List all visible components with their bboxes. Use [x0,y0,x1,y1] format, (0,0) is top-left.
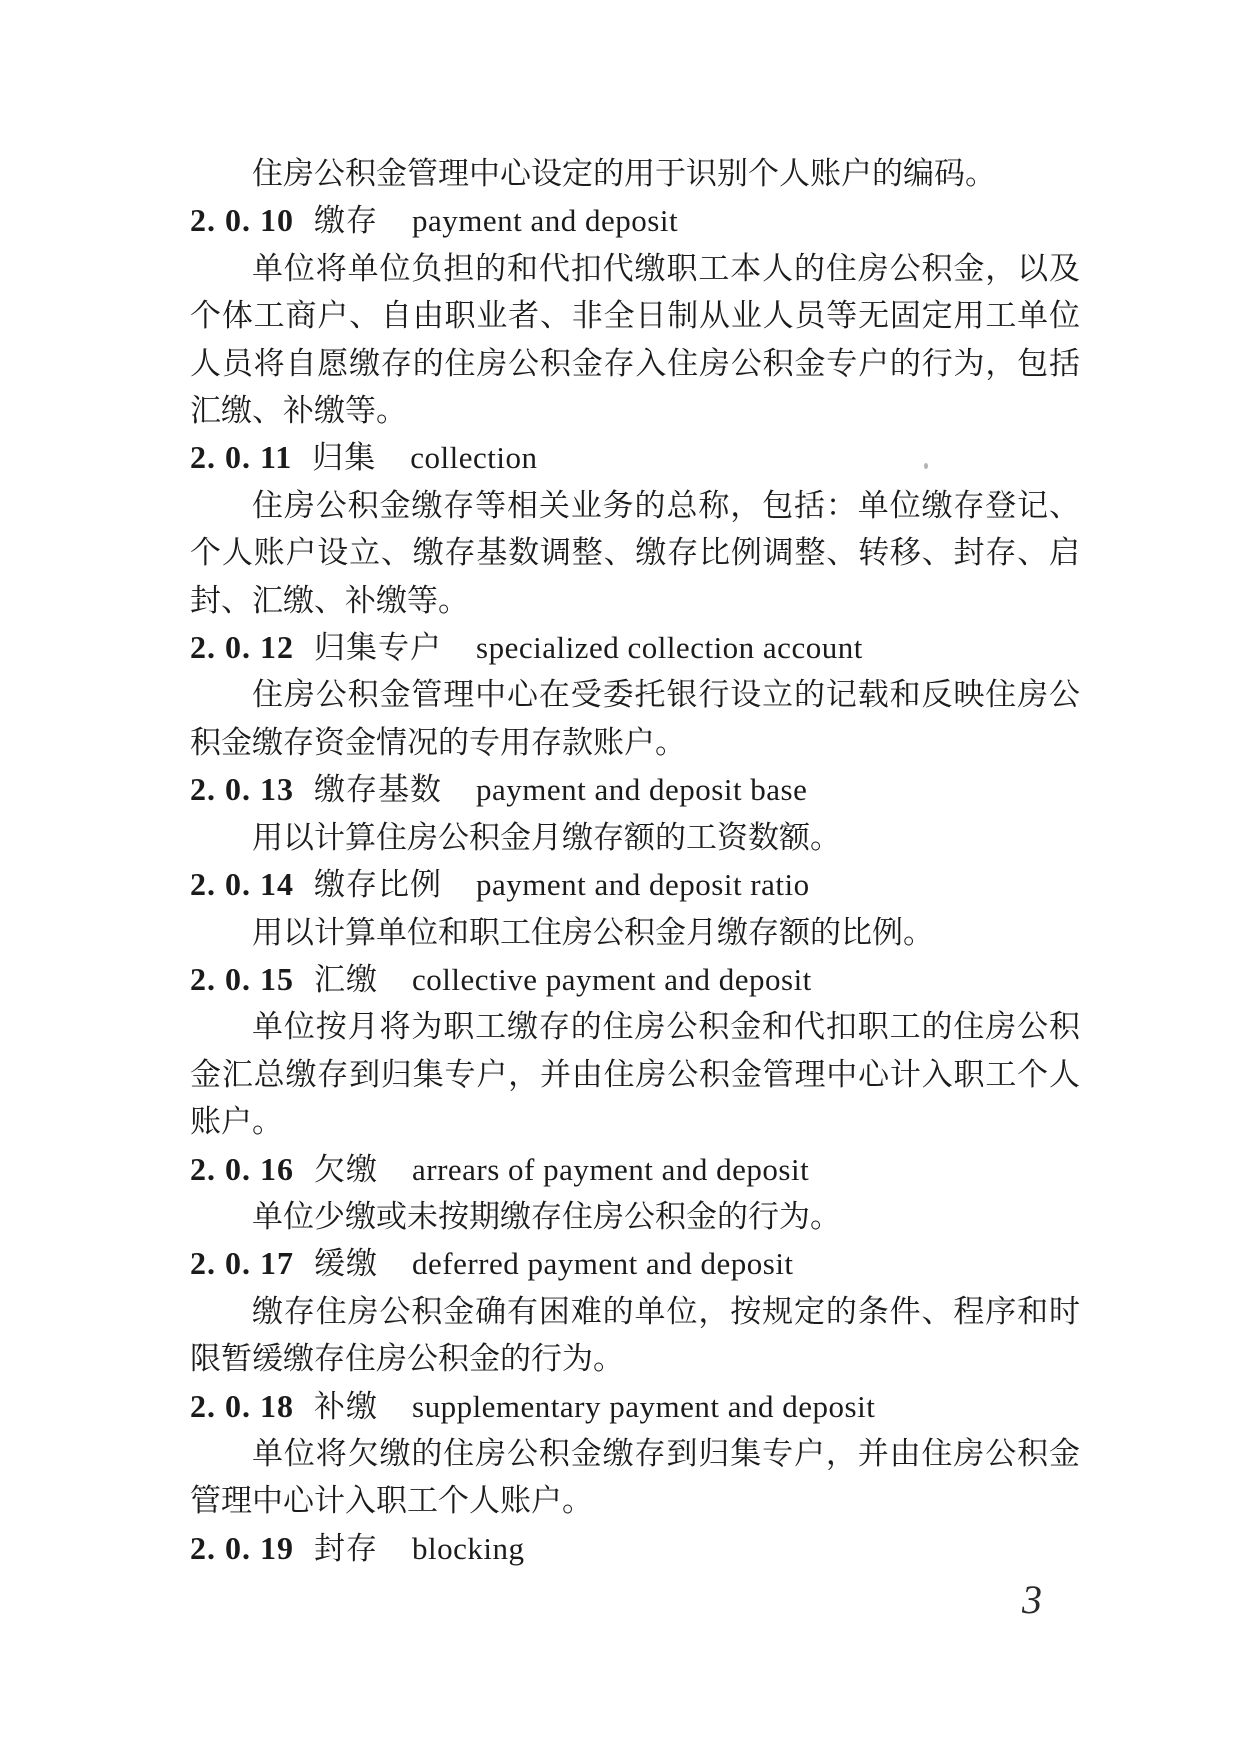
term-entry-2-0-17: 2. 0. 17缓缴deferred payment and deposit 缴… [190,1240,1080,1382]
term-heading: 2. 0. 11归集collection [190,434,1080,481]
clause-number: 2. 0. 19 [190,1530,294,1566]
term-definition: 住房公积金管理中心在受委托银行设立的记载和反映住房公积金缴存资金情况的专用存款账… [190,671,1080,766]
term-chinese: 封存 [314,1531,378,1566]
clause-number: 2. 0. 10 [190,202,294,238]
term-chinese: 缴存比例 [314,867,442,902]
term-definition: 单位将单位负担的和代扣代缴职工本人的住房公积金，以及个体工商户、自由职业者、非全… [190,245,1080,435]
term-english: payment and deposit ratio [476,867,810,902]
term-chinese: 缴存基数 [314,772,442,807]
term-entry-2-0-15: 2. 0. 15汇缴collective payment and deposit… [190,956,1080,1146]
term-english: specialized collection account [476,630,863,665]
term-chinese: 缓缴 [314,1246,378,1281]
term-heading: 2. 0. 16欠缴arrears of payment and deposit [190,1146,1080,1193]
term-english: payment and deposit [412,203,678,238]
clause-number: 2. 0. 13 [190,771,294,807]
clause-number: 2. 0. 17 [190,1245,294,1281]
term-english: collection [410,440,537,475]
term-heading: 2. 0. 14缴存比例payment and deposit ratio [190,861,1080,908]
term-english: deferred payment and deposit [412,1246,794,1281]
term-english: collective payment and deposit [412,962,812,997]
term-heading: 2. 0. 15汇缴collective payment and deposit [190,956,1080,1003]
term-definition: 缴存住房公积金确有困难的单位，按规定的条件、程序和时限暂缓缴存住房公积金的行为。 [190,1288,1080,1383]
terminology-section: 住房公积金管理中心设定的用于识别个人账户的编码。 2. 0. 10缴存payme… [190,150,1080,1572]
term-heading: 2. 0. 18补缴supplementary payment and depo… [190,1383,1080,1430]
term-definition: 单位将欠缴的住房公积金缴存到归集专户，并由住房公积金管理中心计入职工个人账户。 [190,1430,1080,1525]
scan-artifact-dot [924,463,928,469]
term-entry-2-0-11: 2. 0. 11归集collection 住房公积金缴存等相关业务的总称，包括：… [190,434,1080,624]
clause-number: 2. 0. 15 [190,961,294,997]
page-number: 3 [1022,1576,1042,1623]
term-entry-2-0-18: 2. 0. 18补缴supplementary payment and depo… [190,1383,1080,1525]
term-definition: 单位按月将为职工缴存的住房公积金和代扣职工的住房公积金汇总缴存到归集专户，并由住… [190,1003,1080,1145]
term-english: supplementary payment and deposit [412,1389,875,1424]
term-heading: 2. 0. 19封存blocking [190,1525,1080,1572]
clause-number: 2. 0. 11 [190,439,292,475]
term-heading: 2. 0. 12归集专户specialized collection accou… [190,624,1080,671]
term-entry-2-0-13: 2. 0. 13缴存基数payment and deposit base 用以计… [190,766,1080,861]
term-definition: 用以计算单位和职工住房公积金月缴存额的比例。 [190,909,1080,956]
term-english: arrears of payment and deposit [412,1152,809,1187]
term-heading: 2. 0. 13缴存基数payment and deposit base [190,766,1080,813]
term-entry-2-0-16: 2. 0. 16欠缴arrears of payment and deposit… [190,1146,1080,1241]
term-definition: 单位少缴或未按期缴存住房公积金的行为。 [190,1193,1080,1240]
term-entry-2-0-19: 2. 0. 19封存blocking [190,1525,1080,1572]
clause-number: 2. 0. 14 [190,866,294,902]
term-entry-2-0-10: 2. 0. 10缴存payment and deposit 单位将单位负担的和代… [190,197,1080,434]
term-chinese: 欠缴 [314,1152,378,1187]
term-definition: 用以计算住房公积金月缴存额的工资数额。 [190,814,1080,861]
term-english: blocking [412,1531,525,1566]
term-chinese: 归集 [312,440,376,475]
term-chinese: 补缴 [314,1389,378,1424]
term-heading: 2. 0. 10缴存payment and deposit [190,197,1080,244]
term-chinese: 缴存 [314,203,378,238]
clause-number: 2. 0. 18 [190,1388,294,1424]
term-entry-2-0-12: 2. 0. 12归集专户specialized collection accou… [190,624,1080,766]
term-chinese: 归集专户 [314,630,442,665]
definition-continuation: 住房公积金管理中心设定的用于识别个人账户的编码。 [190,150,1080,197]
clause-number: 2. 0. 12 [190,629,294,665]
clause-number: 2. 0. 16 [190,1151,294,1187]
term-english: payment and deposit base [476,772,807,807]
term-chinese: 汇缴 [314,962,378,997]
scanned-document-page: 住房公积金管理中心设定的用于识别个人账户的编码。 2. 0. 10缴存payme… [0,0,1240,1738]
term-entry-2-0-14: 2. 0. 14缴存比例payment and deposit ratio 用以… [190,861,1080,956]
term-definition: 住房公积金缴存等相关业务的总称，包括：单位缴存登记、个人账户设立、缴存基数调整、… [190,482,1080,624]
term-heading: 2. 0. 17缓缴deferred payment and deposit [190,1240,1080,1287]
